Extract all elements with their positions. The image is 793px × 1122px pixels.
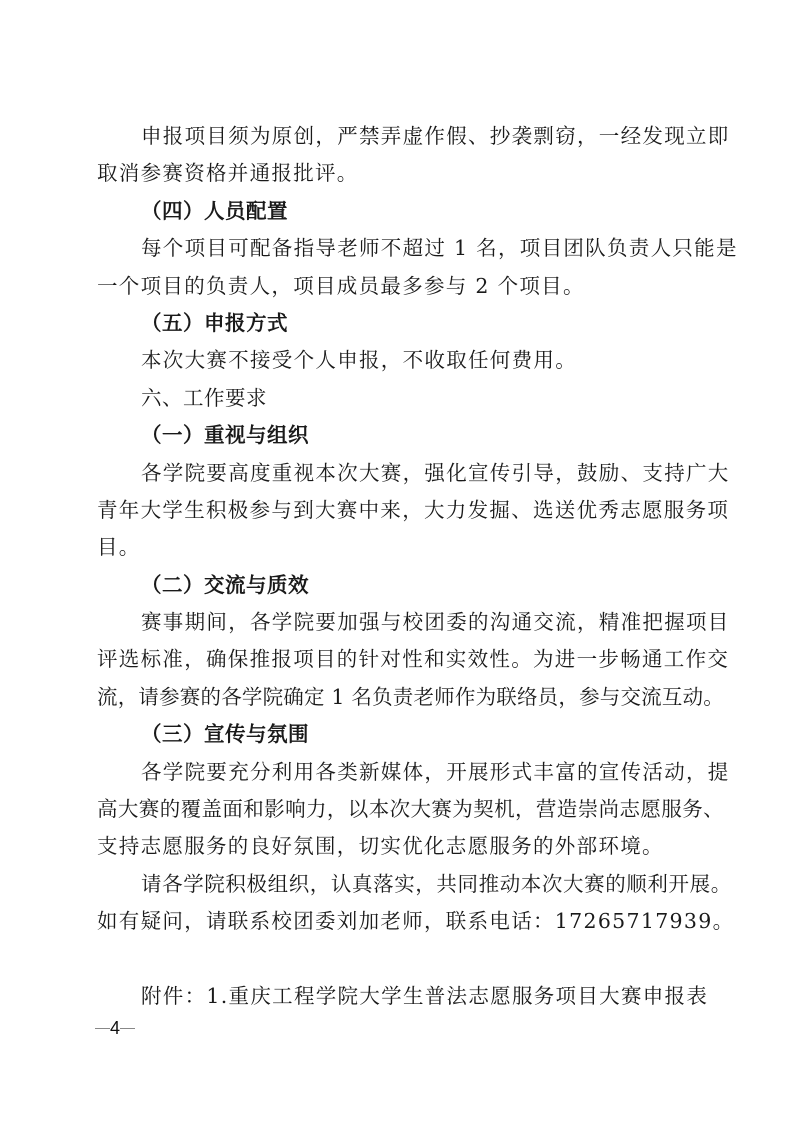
- subheading-communication-quality: （二）交流与质效: [97, 567, 712, 604]
- paragraph-line: 流，请参赛的各学院确定 1 名负责老师作为联络员，参与交流互动。: [97, 679, 712, 716]
- paragraph-line: 支持志愿服务的良好氛围，切实优化志愿服务的外部环境。: [97, 828, 712, 865]
- page-number: 4: [95, 1018, 135, 1039]
- subheading-attention-organization: （一）重视与组织: [97, 417, 712, 454]
- attachment-line: 附件：1.重庆工程学院大学生普法志愿服务项目大赛申报表: [97, 978, 712, 1015]
- paragraph-line: 赛事期间，各学院要加强与校团委的沟通交流，精准把握项目: [97, 604, 712, 641]
- paragraph-line: 各学院要高度重视本次大赛，强化宣传引导，鼓励、支持广大: [97, 455, 712, 492]
- paragraph-line: 青年大学生积极参与到大赛中来，大力发掘、选送优秀志愿服务项: [97, 492, 712, 529]
- paragraph-line: 每个项目可配备指导老师不超过 1 名，项目团队负责人只能是: [97, 230, 712, 267]
- paragraph-line: 本次大赛不接受个人申报，不收取任何费用。: [97, 342, 712, 379]
- document-page: 申报项目须为原创，严禁弄虚作假、抄袭剽窃，一经发现立即 取消参赛资格并通报批评。…: [97, 118, 712, 1015]
- contact-line: 如有疑问，请联系校团委刘加老师，联系电话：17265717939。: [97, 903, 712, 940]
- paragraph-line: 各学院要充分利用各类新媒体，开展形式丰富的宣传活动，提: [97, 754, 712, 791]
- page-number-dash-right: [120, 1028, 135, 1030]
- page-number-dash-left: [95, 1028, 110, 1030]
- paragraph-line: 请各学院积极组织，认真落实，共同推动本次大赛的顺利开展。: [97, 866, 712, 903]
- paragraph-line: 一个项目的负责人，项目成员最多参与 2 个项目。: [97, 268, 712, 305]
- page-number-value: 4: [110, 1018, 120, 1039]
- blank-line: [97, 941, 712, 978]
- section-heading-work-requirements: 六、工作要求: [97, 380, 712, 417]
- paragraph-line: 高大赛的覆盖面和影响力，以本次大赛为契机，营造崇尚志愿服务、: [97, 791, 712, 828]
- subheading-personnel: （四）人员配置: [97, 193, 712, 230]
- paragraph-line: 评选标准，确保推报项目的针对性和实效性。为进一步畅通工作交: [97, 641, 712, 678]
- paragraph-line: 目。: [97, 529, 712, 566]
- subheading-submission-method: （五）申报方式: [97, 305, 712, 342]
- paragraph-line: 取消参赛资格并通报批评。: [97, 155, 712, 192]
- paragraph-line: 申报项目须为原创，严禁弄虚作假、抄袭剽窃，一经发现立即: [97, 118, 712, 155]
- subheading-publicity-atmosphere: （三）宣传与氛围: [97, 716, 712, 753]
